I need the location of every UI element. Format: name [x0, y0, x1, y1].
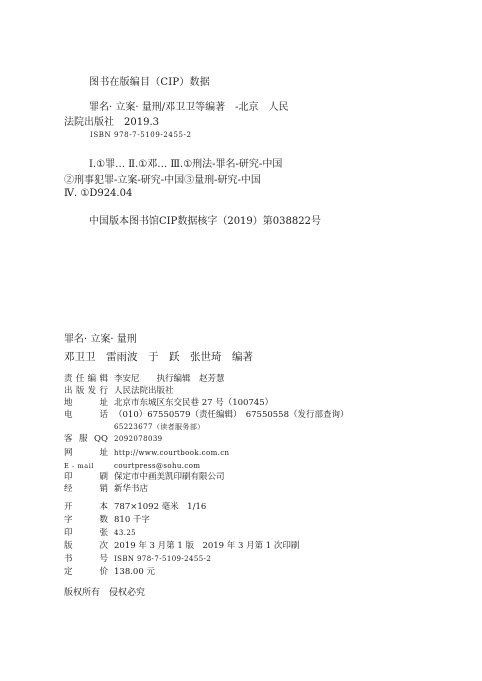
spec-row-word-count: 字 数 810 千字	[64, 514, 150, 526]
info-row-editor: 责任编辑 李安尼 执行编辑 赵芳慧	[64, 373, 225, 385]
spec-value: 810 千字	[114, 514, 150, 526]
website-link[interactable]: http://www.courtbook.com.cn	[114, 447, 229, 459]
info-value: 2092078039	[114, 433, 163, 445]
info-row-website: 网 址 http://www.courtbook.com.cn	[64, 447, 229, 459]
info-value: 人民法院出版社	[114, 385, 174, 397]
info-label: 电 话	[64, 409, 108, 421]
spec-label: 版 次	[64, 540, 108, 552]
info-label: 经 销	[64, 483, 108, 495]
info-value: （010）67550579（责任编辑） 67550558（发行部查询）	[114, 409, 349, 421]
info-row-publisher: 出版发行 人民法院出版社	[64, 385, 174, 397]
info-row-printer: 印 刷 保定市中画美凯印刷有限公司	[64, 471, 225, 483]
spec-value: 43.25	[114, 527, 136, 539]
info-row-qq: 客 服 QQ 2092078039	[64, 433, 163, 445]
cip-classification-1: Ⅰ.①罪… Ⅱ.①邓… Ⅲ.①刑法-罪名-研究-中国	[89, 155, 282, 170]
info-label: 网 址	[64, 447, 108, 459]
spec-label: 开 本	[64, 501, 108, 513]
info-value: 新华书店	[114, 483, 148, 495]
info-label: 责任编辑	[64, 373, 108, 385]
info-value: 65223677（读者服务部）	[114, 421, 205, 433]
info-row-address: 地 址 北京市东城区东交民巷 27 号（100745）	[64, 397, 273, 409]
spec-label: 定 价	[64, 566, 108, 578]
spec-row-format: 开 本 787×1092 毫米 1/16	[64, 501, 206, 513]
book-title: 罪名· 立案· 量刑	[64, 330, 137, 345]
cip-heading: 图书在版编目（CIP）数据	[89, 73, 210, 88]
spec-row-sheets: 印 张 43.25	[64, 527, 136, 539]
cip-title-line: 罪名· 立案· 量刑/邓卫卫等编著 -北京 人民	[89, 98, 288, 113]
info-row-phone: 电 话 （010）67550579（责任编辑） 67550558（发行部查询）	[64, 409, 349, 421]
spec-label: 印 张	[64, 527, 108, 539]
spec-value: 787×1092 毫米 1/16	[114, 501, 206, 513]
info-row-phone-reader-service: 65223677（读者服务部）	[64, 421, 205, 433]
cip-publisher-line: 法院出版社 2019.3	[64, 113, 159, 128]
info-label	[64, 421, 108, 433]
info-label: 客 服 QQ	[64, 433, 108, 445]
spec-label: 字 数	[64, 514, 108, 526]
info-label: 地 址	[64, 397, 108, 409]
copyright-notice: 版权所有 侵权必究	[64, 585, 145, 598]
info-value: 保定市中画美凯印刷有限公司	[114, 471, 225, 483]
book-authors: 邓卫卫 雷雨波 于 跃 张世琦 编著	[64, 349, 253, 364]
cip-isbn: ISBN 978-7-5109-2455-2	[90, 131, 192, 139]
info-label: 出版发行	[64, 385, 108, 397]
spec-value: 138.00 元	[114, 566, 155, 578]
info-label: 印 刷	[64, 471, 108, 483]
info-row-distributor: 经 销 新华书店	[64, 483, 148, 495]
info-value: 北京市东城区东交民巷 27 号（100745）	[114, 397, 273, 409]
cip-classification-3: Ⅳ. ①D924.04	[64, 188, 132, 199]
spec-row-isbn: 书 号 ISBN 978-7-5109-2455-2	[64, 553, 211, 565]
spec-label: 书 号	[64, 553, 108, 565]
spec-row-edition: 版 次 2019 年 3 月第 1 版 2019 年 3 月第 1 次印刷	[64, 540, 299, 552]
spec-value: 2019 年 3 月第 1 版 2019 年 3 月第 1 次印刷	[114, 540, 299, 552]
cip-classification-2: ②刑事犯罪-立案-研究-中国③量刑-研究-中国	[64, 171, 261, 186]
cip-record-number: 中国版本图书馆CIP数据核字（2019）第038822号	[89, 212, 321, 227]
spec-row-price: 定 价 138.00 元	[64, 566, 155, 578]
info-value: 李安尼 执行编辑 赵芳慧	[114, 373, 225, 385]
spec-value: ISBN 978-7-5109-2455-2	[114, 553, 211, 565]
